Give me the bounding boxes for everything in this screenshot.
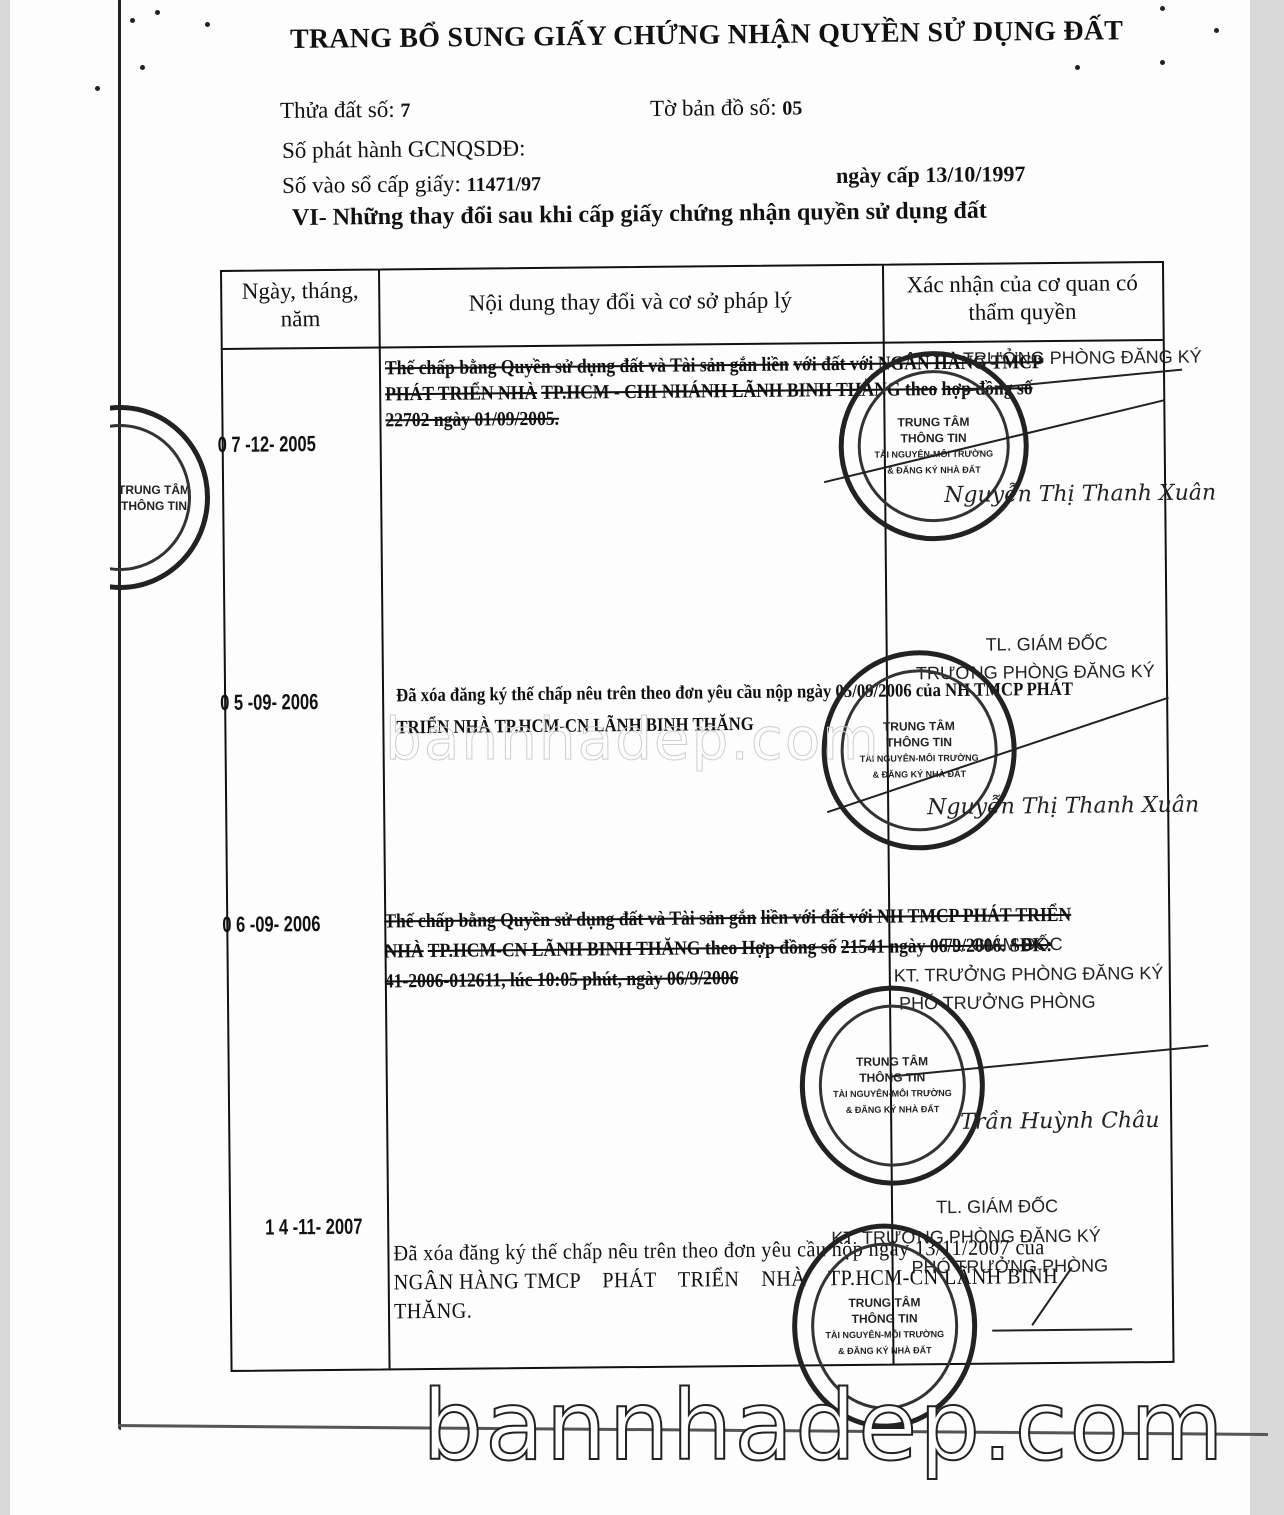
row-3-stamp: TRUNG TÂM THÔNG TIN TÀI NGUYÊN-MÔI TRƯỜN…: [799, 985, 986, 1187]
scan-speck: [1075, 65, 1080, 70]
scan-speck: [205, 22, 210, 27]
scan-speck: [140, 65, 145, 70]
row-1-signer: Nguyễn Thị Thanh Xuân: [944, 480, 1216, 508]
row-3-title-2: KT. TRƯỞNG PHÒNG ĐĂNG KÝ: [894, 963, 1164, 987]
registry-field: Số vào sổ cấp giấy: 11471/97: [282, 170, 541, 199]
left-margin-stamp: TRUNG TÂM THÔNG TIN: [30, 405, 210, 590]
row-3-title-1: TL. GIÁM ĐỐC: [940, 934, 1062, 956]
scan-speck: [95, 86, 100, 91]
watermark-faint: bannhadep.com: [385, 705, 881, 773]
watermark: bannhadep.com: [422, 1370, 1226, 1482]
row-1-date: 0 7 -12- 2005: [218, 431, 316, 458]
changes-table: Ngày, tháng, năm Nội dung thay đổi và cơ…: [220, 261, 1175, 1372]
issue-number-label: Số phát hành GCNQSDĐ:: [282, 135, 526, 163]
scan-edge-left: [118, 0, 121, 1430]
scan-speck: [130, 18, 135, 23]
row-4-title-1: TL. GIÁM ĐỐC: [936, 1196, 1058, 1218]
row-2-date: 0 5 -09- 2006: [220, 689, 318, 716]
issue-date-label: ngày cấp: [836, 162, 920, 188]
issue-date-value: 13/10/1997: [925, 161, 1025, 187]
scanned-page: TRANG BỔ SUNG GIẤY CHỨNG NHẬN QUYỀN SỬ D…: [10, 0, 1250, 1515]
row-1-title: TRƯỞNG PHÒNG ĐĂNG KÝ: [963, 347, 1202, 370]
issue-date-field: ngày cấp 13/10/1997: [836, 161, 1026, 189]
row-3-date: 0 6 -09- 2006: [222, 911, 320, 938]
scan-speck: [1160, 60, 1165, 65]
scan-speck: [1160, 6, 1165, 11]
header-date: Ngày, tháng, năm: [222, 276, 379, 333]
parcel-value: 7: [400, 100, 410, 122]
header-confirmation: Xác nhận của cơ quan có thẩm quyền: [884, 269, 1161, 328]
row-4-date: 1 4 -11- 2007: [265, 1214, 362, 1241]
row-3-signer: Trần Huỳnh Châu: [960, 1108, 1159, 1135]
scan-speck: [155, 10, 160, 15]
registry-label: Số vào sổ cấp giấy:: [282, 171, 461, 198]
scan-speck: [1214, 28, 1219, 33]
row-2-signer: Nguyễn Thị Thanh Xuân: [927, 793, 1199, 821]
map-sheet-field: Tờ bản đồ số: 05: [650, 94, 803, 122]
row-2-title-1: TL. GIÁM ĐỐC: [986, 633, 1108, 655]
issue-number-field: Số phát hành GCNQSDĐ:: [282, 135, 526, 164]
header-content: Nội dung thay đổi và cơ sở pháp lý: [380, 286, 880, 319]
section-heading: VI- Những thay đổi sau khi cấp giấy chứn…: [292, 198, 987, 232]
registry-value: 11471/97: [466, 173, 541, 196]
document-title: TRANG BỔ SUNG GIẤY CHỨNG NHẬN QUYỀN SỬ D…: [290, 15, 1123, 56]
map-sheet-value: 05: [782, 97, 802, 119]
row-1-stamp: TRUNG TÂM THÔNG TIN TÀI NGUYÊN-MÔI TRƯỜN…: [838, 350, 1030, 542]
map-sheet-label: Tờ bản đồ số:: [650, 95, 777, 121]
parcel-field: Thửa đất số: 7: [280, 97, 411, 124]
signature-stroke: [992, 1328, 1132, 1331]
parcel-label: Thửa đất số:: [280, 97, 395, 123]
